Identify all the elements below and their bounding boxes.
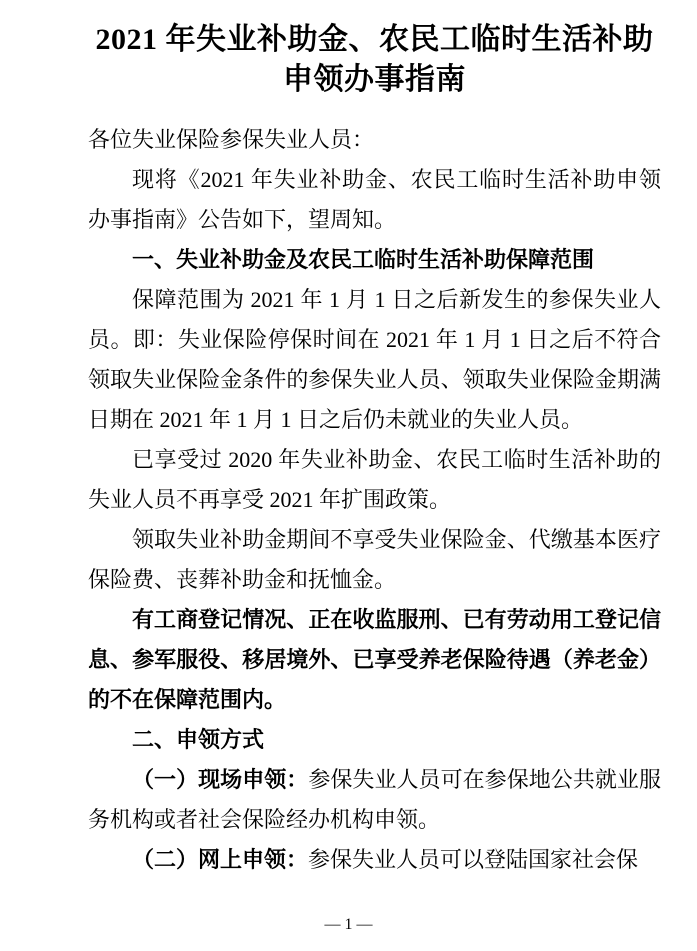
paragraph-salutation: 各位失业保险参保失业人员： (88, 120, 661, 160)
page-number: — 1 — (0, 915, 697, 935)
paragraph-during-period: 领取失业补助金期间不享受失业保险金、代缴基本医疗保险费、丧葬补助金和抚恤金。 (88, 520, 661, 600)
method-onsite-lead: （一）现场申领： (132, 767, 308, 792)
paragraph-method-onsite: （一）现场申领：参保失业人员可在参保地公共就业服务机构或者社会保险经办机构申领。 (88, 760, 661, 840)
document-title: 2021 年失业补助金、农民工临时生活补助 申领办事指南 (88, 20, 661, 100)
paragraph-scope: 保障范围为 2021 年 1 月 1 日之后新发生的参保失业人员。即：失业保险停… (88, 280, 661, 440)
paragraph-method-online: （二）网上申领：参保失业人员可以登陆国家社会保 (88, 840, 661, 880)
document-title-line-1: 2021 年失业补助金、农民工临时生活补助 (88, 20, 661, 60)
method-online-lead: （二）网上申领： (132, 847, 308, 872)
document-title-line-2: 申领办事指南 (88, 60, 661, 100)
method-online-text: 参保失业人员可以登陆国家社会保 (308, 847, 638, 872)
section-1-heading: 一、失业补助金及农民工临时生活补助保障范围 (88, 240, 661, 280)
section-2-heading: 二、申领方式 (88, 720, 661, 760)
document-page: 2021 年失业补助金、农民工临时生活补助 申领办事指南 各位失业保险参保失业人… (0, 0, 697, 951)
paragraph-intro: 现将《2021 年失业补助金、农民工临时生活补助申领办事指南》公告如下，望周知。 (88, 160, 661, 240)
paragraph-already-enjoyed: 已享受过 2020 年失业补助金、农民工临时生活补助的失业人员不再享受 2021… (88, 440, 661, 520)
paragraph-exclusions: 有工商登记情况、正在收监服刑、已有劳动用工登记信息、参军服役、移居境外、已享受养… (88, 600, 661, 720)
